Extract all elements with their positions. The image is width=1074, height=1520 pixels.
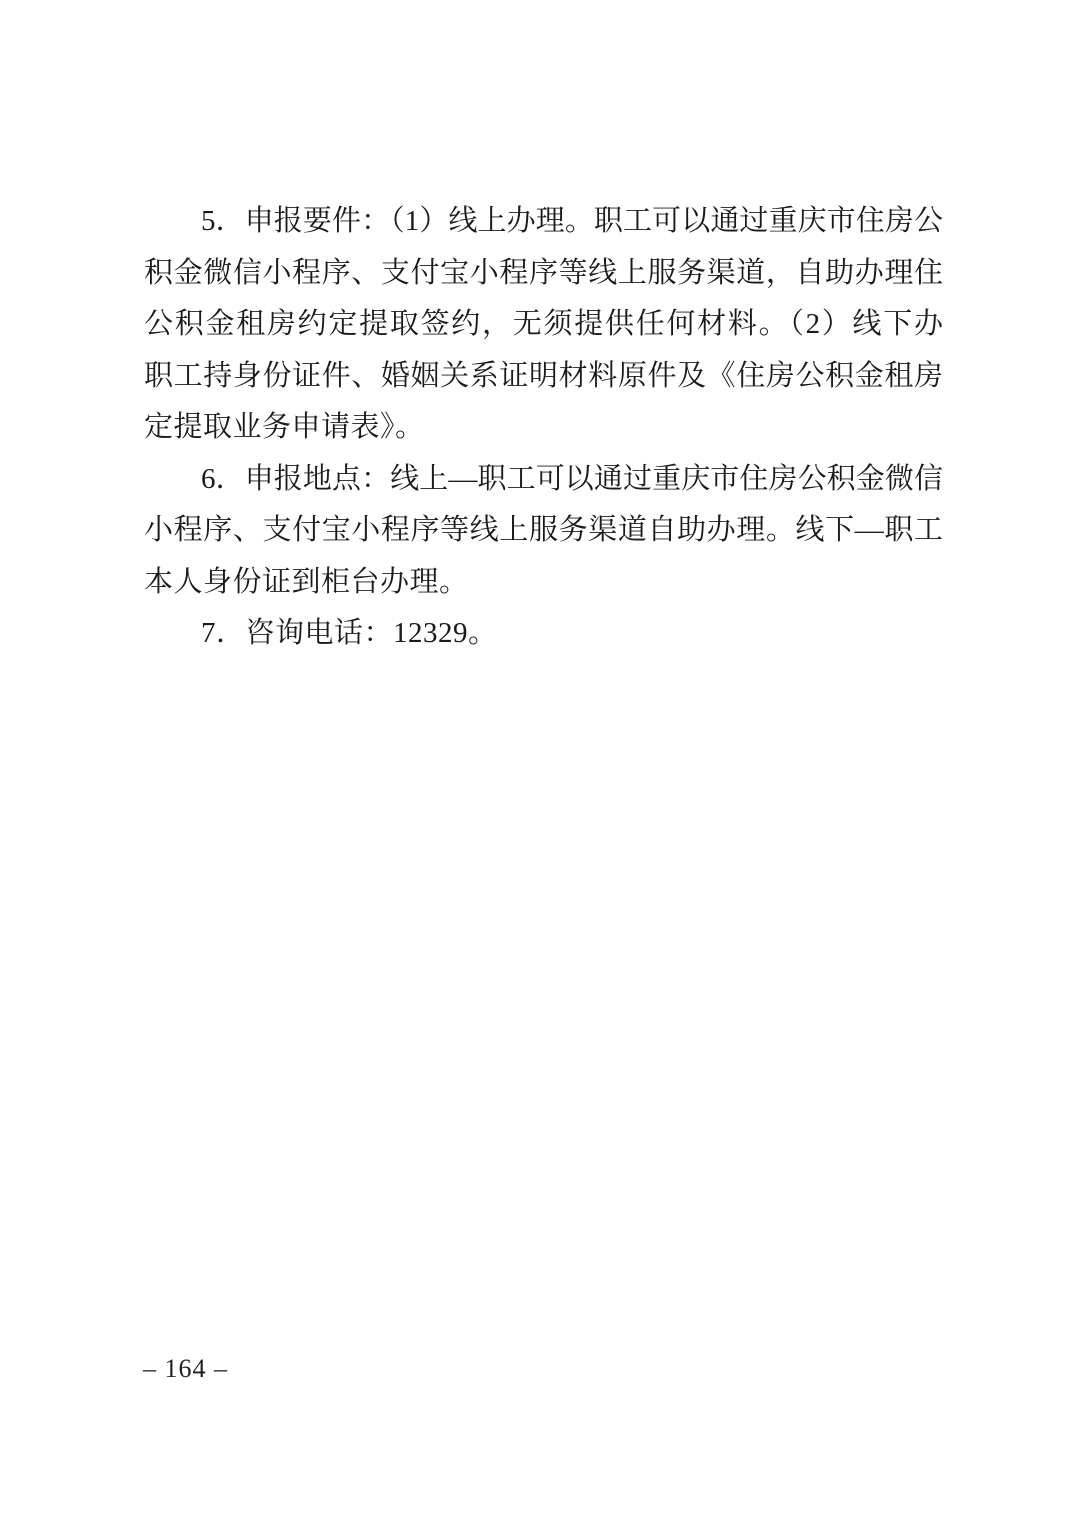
text-line: 职工持身份证件、婚姻关系证明材料原件及《住房公积金租房约 xyxy=(144,351,943,403)
text-line: 积金微信小程序、支付宝小程序等线上服务渠道，自助办理住房 xyxy=(144,248,943,300)
paragraph-item-7: 7．咨询电话：12329。 xyxy=(144,608,943,660)
text-line: 7．咨询电话：12329。 xyxy=(144,608,943,660)
paragraph-item-6: 6．申报地点：线上—职工可以通过重庆市住房公积金微信 小程序、支付宝小程序等线上… xyxy=(144,454,943,609)
text-line: 6．申报地点：线上—职工可以通过重庆市住房公积金微信 xyxy=(144,454,943,506)
text-line: 公积金租房约定提取签约，无须提供任何材料。（2）线下办理。 xyxy=(144,299,943,351)
paragraph-item-5: 5．申报要件：（1）线上办理。职工可以通过重庆市住房公 积金微信小程序、支付宝小… xyxy=(144,196,943,454)
document-page: 5．申报要件：（1）线上办理。职工可以通过重庆市住房公 积金微信小程序、支付宝小… xyxy=(0,0,1074,1520)
page-number: – 164 – xyxy=(143,1352,228,1386)
text-line: 小程序、支付宝小程序等线上服务渠道自助办理。线下—职工持 xyxy=(144,505,943,557)
text-line: 本人身份证到柜台办理。 xyxy=(144,557,943,609)
text-line: 定提取业务申请表》。 xyxy=(144,402,943,454)
body-text: 5．申报要件：（1）线上办理。职工可以通过重庆市住房公 积金微信小程序、支付宝小… xyxy=(144,196,943,660)
text-line: 5．申报要件：（1）线上办理。职工可以通过重庆市住房公 xyxy=(144,196,943,248)
